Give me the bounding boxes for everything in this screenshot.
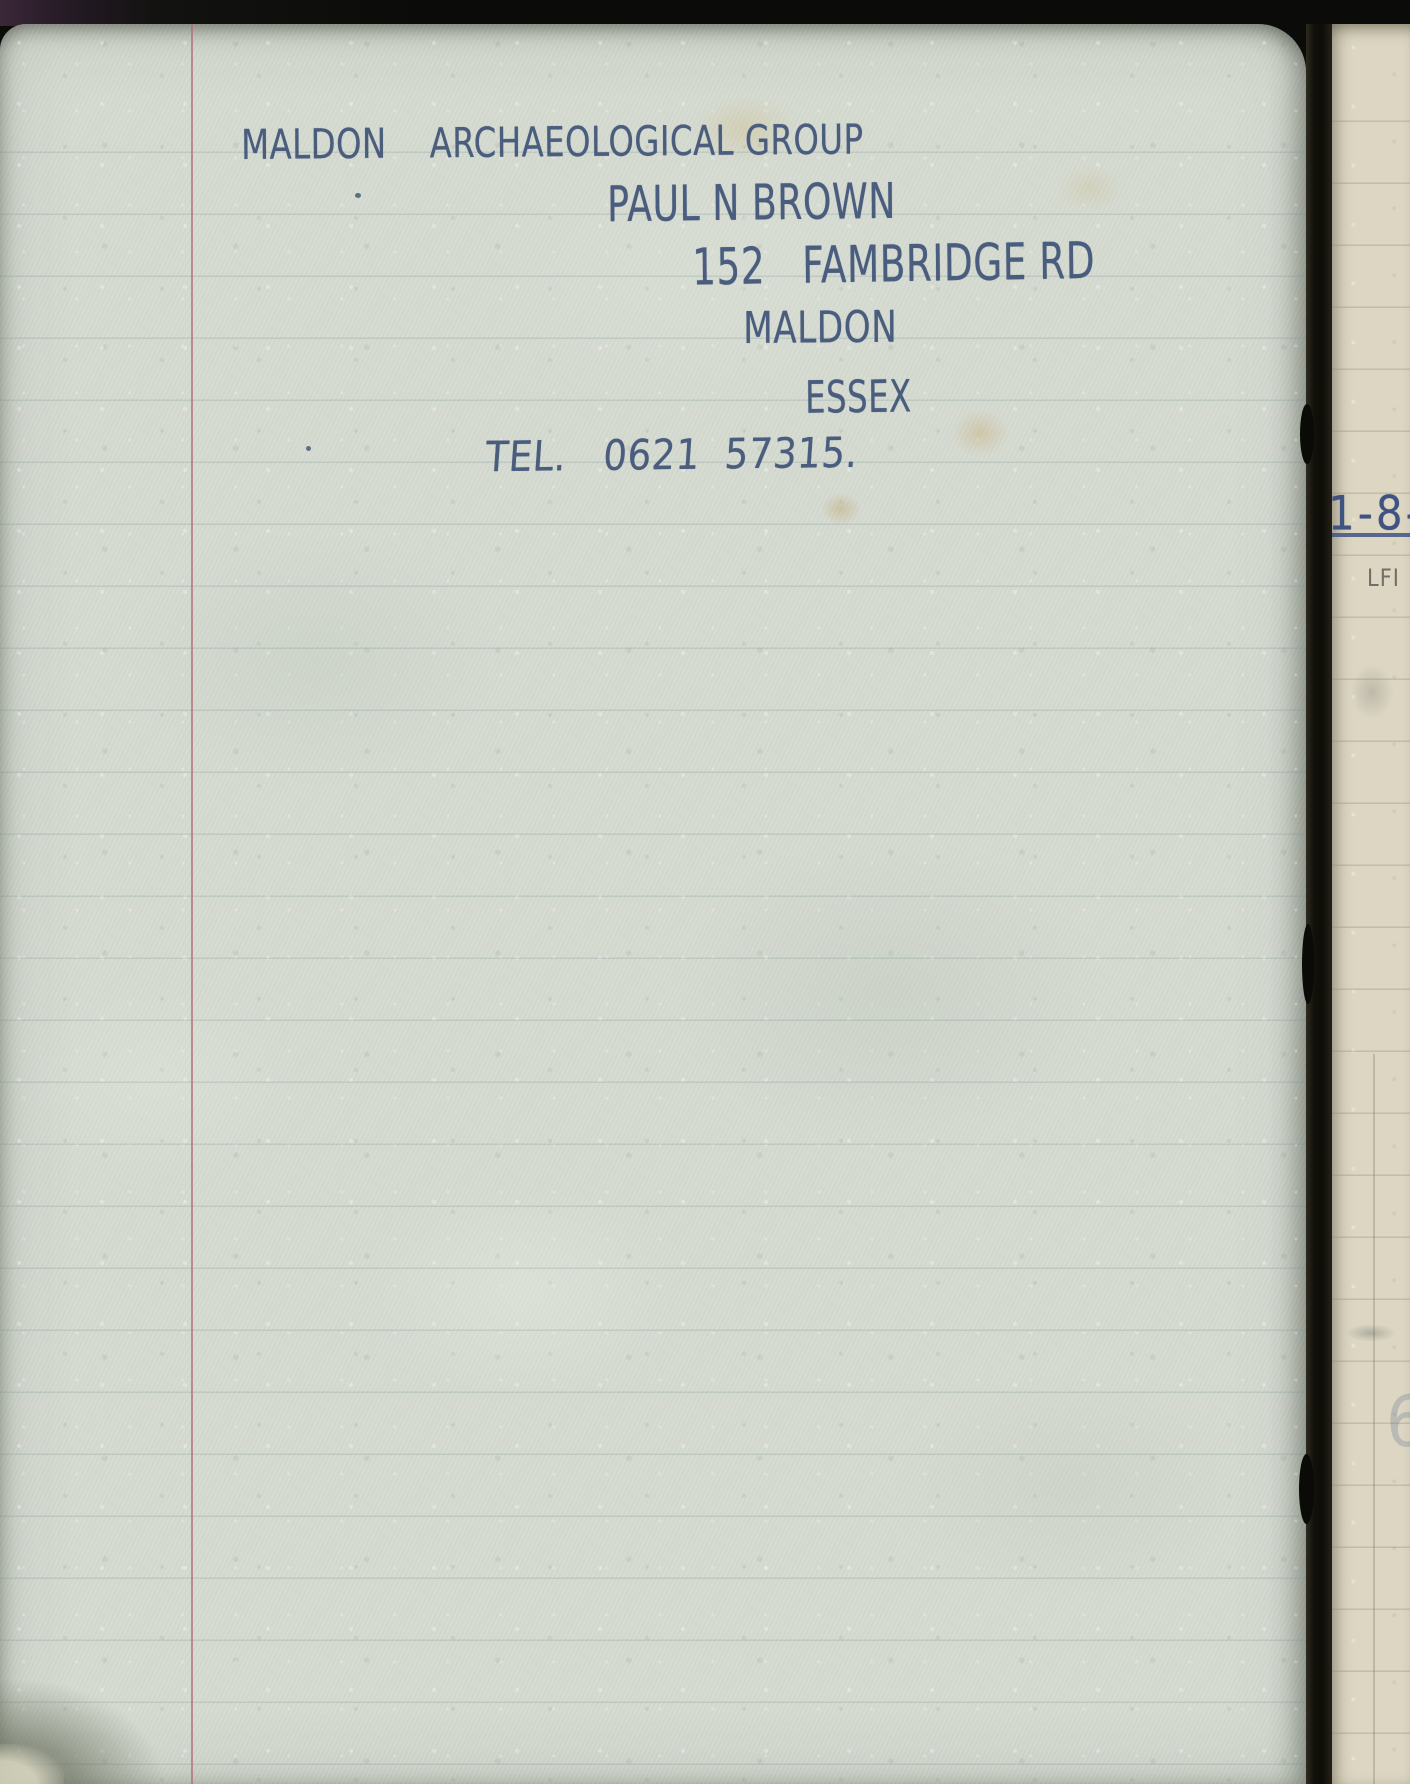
paper-stain (950, 409, 1010, 457)
handwriting-line-street: 152 FAMBRIDGE RD (692, 236, 1095, 293)
date-underline (1332, 533, 1410, 537)
notebook-right-page: 1-8- LFI 6 (1332, 24, 1410, 1784)
ink-dot (355, 193, 361, 198)
red-margin-line (191, 24, 193, 1784)
paper-stain (820, 492, 862, 526)
handwriting-line-county: ESSEX (805, 374, 912, 420)
right-page-vertical-line (1373, 1054, 1375, 1784)
gutter-shadow (1299, 1454, 1314, 1524)
handwriting-line-name: PAUL N BROWN (607, 177, 896, 230)
notebook-scan: MALDON ARCHAEOLOGICAL GROUP PAUL N BROWN… (0, 0, 1410, 1784)
gutter-shadow (1302, 924, 1314, 1004)
paper-stain (1055, 164, 1125, 214)
ruled-lines (0, 91, 1306, 1784)
handwriting-line-organization: MALDON ARCHAEOLOGICAL GROUP (241, 118, 864, 165)
ruled-lines (1332, 60, 1410, 1784)
book-gutter (1306, 24, 1332, 1784)
scanner-background-strip (0, 0, 1410, 26)
notebook-left-page: MALDON ARCHAEOLOGICAL GROUP PAUL N BROWN… (0, 24, 1306, 1784)
pencil-smudge (1346, 1324, 1396, 1342)
faint-numeral: 6 (1386, 1382, 1410, 1463)
pencil-smudge (1350, 664, 1394, 720)
handwriting-line-town: MALDON (743, 307, 897, 352)
right-page-pencil-note: LFI (1367, 564, 1400, 592)
ink-dot (306, 446, 311, 451)
handwriting-line-telephone: TEL. 0621 57315. (484, 432, 859, 478)
page-corner-curl-edge (0, 1744, 64, 1784)
gutter-shadow (1300, 404, 1314, 464)
